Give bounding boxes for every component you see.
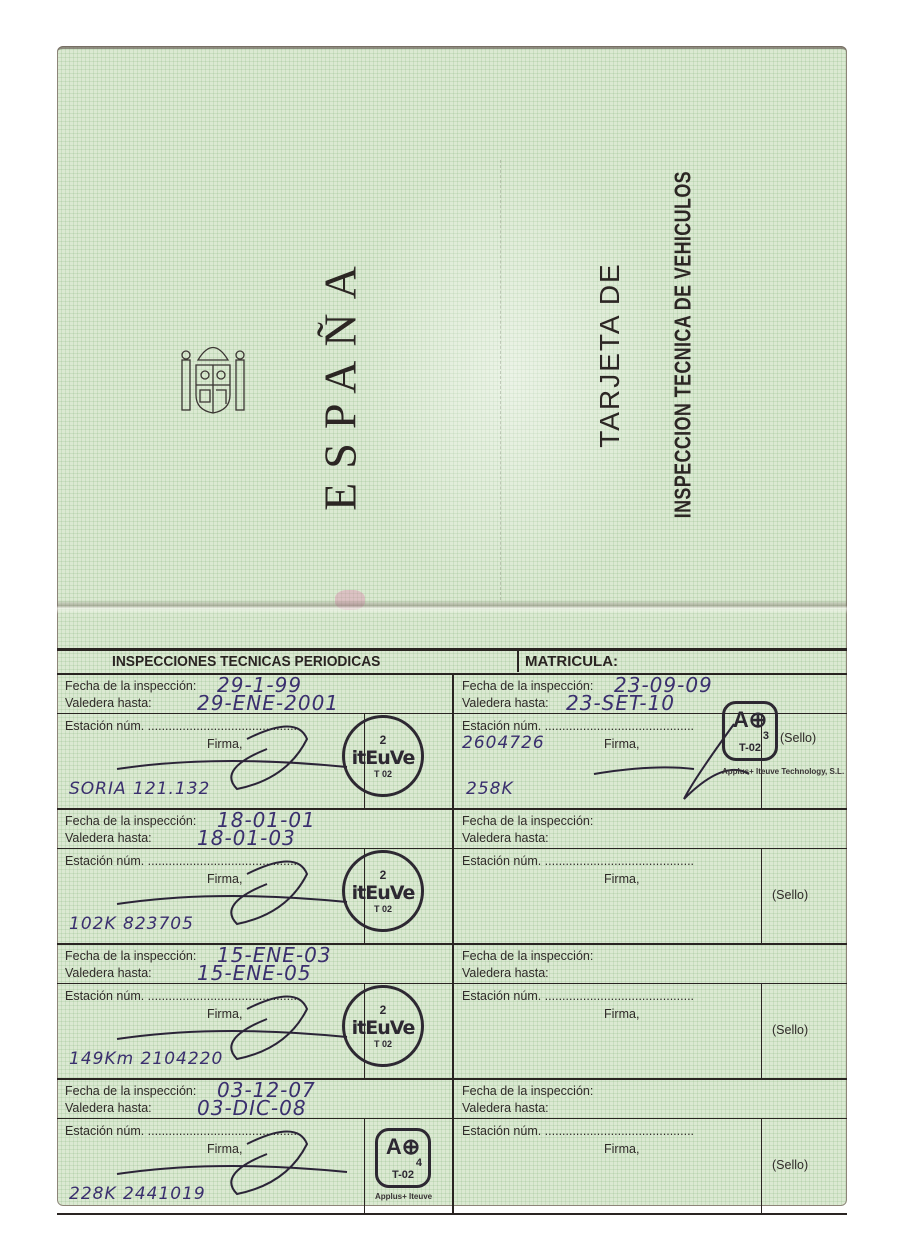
table-header: INSPECCIONES TECNICAS PERIODICAS MATRICU… <box>57 648 847 675</box>
mileage-note: SORIA 121.132 <box>69 779 210 799</box>
valid-until-label: Valedera hasta: <box>462 696 549 710</box>
applus-square-stamp: A⊕3T-02 <box>722 701 778 761</box>
stamp-label: (Sello) <box>772 1023 808 1037</box>
stamp-code: T-02 <box>392 1169 414 1181</box>
row-divider <box>454 848 847 849</box>
signature-label: Firma, <box>604 1142 639 1156</box>
valid-until-label: Valedera hasta: <box>65 831 152 845</box>
stamp-divider <box>364 1118 365 1213</box>
valid-until-label: Valedera hasta: <box>462 831 549 845</box>
stamp-number: 2 <box>380 868 387 882</box>
row-divider <box>454 983 847 984</box>
inspection-entry: Fecha de la inspección: Valedera hasta: … <box>57 810 454 943</box>
mileage-note: 149Km 2104220 <box>69 1049 223 1069</box>
inspection-entry: Fecha de la inspección: Valedera hasta: … <box>454 810 847 943</box>
inspection-entry: Fecha de la inspección: Valedera hasta: … <box>454 945 847 1078</box>
inspection-entry: Fecha de la inspección: Valedera hasta: … <box>454 675 847 808</box>
table-row: Fecha de la inspección: Valedera hasta: … <box>57 1080 847 1215</box>
table-row: Fecha de la inspección: Valedera hasta: … <box>57 675 847 810</box>
table-row: Fecha de la inspección: Valedera hasta: … <box>57 810 847 945</box>
mileage-note: 102K 823705 <box>69 914 194 934</box>
station-number-label: Estación núm. ..........................… <box>462 989 694 1003</box>
mileage-note: 228K 2441019 <box>69 1184 206 1204</box>
card-title-line2: INSPECCION TECNICA DE VEHICULOS <box>670 191 697 519</box>
station-number-label: Estación núm. ..........................… <box>65 989 297 1003</box>
valid-until-value: 23-SET-10 <box>566 691 675 715</box>
valid-until-value: 29-ENE-2001 <box>197 691 339 715</box>
valid-until-label: Valedera hasta: <box>462 966 549 980</box>
stamp-label: (Sello) <box>772 1158 808 1172</box>
station-number-label: Estación núm. ..........................… <box>462 719 694 733</box>
valid-until-value: 15-ENE-05 <box>197 961 312 985</box>
mileage-note: 258K <box>466 779 514 799</box>
inspection-entry: Fecha de la inspección: Valedera hasta: … <box>57 675 454 808</box>
stamp-label: (Sello) <box>780 731 816 745</box>
inspection-date-label: Fecha de la inspección: <box>462 1084 593 1098</box>
signature-label: Firma, <box>207 1007 242 1021</box>
card-title-line1: TARJETA DE <box>594 225 626 485</box>
stamp-code: T-02 <box>739 742 761 754</box>
stamp-footer: Applus+ Iteuve Technology, S.L. <box>722 767 844 776</box>
signature-label: Firma, <box>207 872 242 886</box>
valid-until-value: 03-DIC-08 <box>197 1096 307 1120</box>
card-fold <box>57 600 847 614</box>
itv-round-stamp: 2itEuVeT 02 <box>342 850 424 932</box>
inspection-date-label: Fecha de la inspección: <box>65 814 196 828</box>
inspection-date-label: Fecha de la inspección: <box>65 949 196 963</box>
plate-number-header: MATRICULA: <box>517 650 618 672</box>
valid-until-label: Valedera hasta: <box>65 1101 152 1115</box>
stamp-letter: A⊕ <box>733 709 767 731</box>
cover-divider <box>500 160 501 600</box>
signature-label: Firma, <box>207 1142 242 1156</box>
stamp-divider <box>761 1118 762 1213</box>
station-number-label: Estación núm. ..........................… <box>65 854 297 868</box>
stamp-label: (Sello) <box>772 888 808 902</box>
stamp-letter: A⊕ <box>386 1136 420 1158</box>
valid-until-label: Valedera hasta: <box>462 1101 549 1115</box>
signature-label: Firma, <box>604 872 639 886</box>
station-number-label: Estación núm. ..........................… <box>65 719 297 733</box>
stamp-code: T 02 <box>374 1039 392 1049</box>
inspection-date-label: Fecha de la inspección: <box>65 1084 196 1098</box>
itv-round-stamp: 2itEuVeT 02 <box>342 715 424 797</box>
itv-logo-icon: itEuVe <box>352 1017 415 1039</box>
itv-round-stamp: 2itEuVeT 02 <box>342 985 424 1067</box>
stamp-number: 3 <box>763 731 769 742</box>
signature-label: Firma, <box>207 737 242 751</box>
coat-of-arms-icon <box>178 330 248 425</box>
country-title: ESPAÑA <box>314 232 367 532</box>
stamp-code: T 02 <box>374 904 392 914</box>
card-top-edge <box>57 46 847 59</box>
stamp-divider <box>761 983 762 1078</box>
stamp-number: 2 <box>380 733 387 747</box>
periodic-inspections-header: INSPECCIONES TECNICAS PERIODICAS <box>112 653 380 670</box>
table-row: Fecha de la inspección: Valedera hasta: … <box>57 945 847 1080</box>
inspection-date-label: Fecha de la inspección: <box>462 949 593 963</box>
inspection-entry: Fecha de la inspección: Valedera hasta: … <box>57 945 454 1078</box>
stamp-code: T 02 <box>374 769 392 779</box>
stamp-footer: Applus+ Iteuve <box>375 1192 432 1201</box>
inspection-entry: Fecha de la inspección: Valedera hasta: … <box>454 1080 847 1213</box>
stamp-divider <box>761 848 762 943</box>
station-number-label: Estación núm. ..........................… <box>462 1124 694 1138</box>
row-divider <box>454 1118 847 1119</box>
stamp-number: 2 <box>380 1003 387 1017</box>
stamp-number: 4 <box>416 1158 422 1169</box>
itv-logo-icon: itEuVe <box>352 747 415 769</box>
station-number-label: Estación núm. ..........................… <box>462 854 694 868</box>
station-number-value: 2604726 <box>462 733 545 753</box>
valid-until-value: 18-01-03 <box>197 826 296 850</box>
station-number-label: Estación núm. ..........................… <box>65 1124 297 1138</box>
inspections-table: INSPECCIONES TECNICAS PERIODICAS MATRICU… <box>57 648 847 1215</box>
signature-label: Firma, <box>604 1007 639 1021</box>
inspection-date-label: Fecha de la inspección: <box>462 814 593 828</box>
itv-logo-icon: itEuVe <box>352 882 415 904</box>
inspection-entry: Fecha de la inspección: Valedera hasta: … <box>57 1080 454 1213</box>
applus-square-stamp: A⊕4T-02 <box>375 1128 431 1188</box>
valid-until-label: Valedera hasta: <box>65 966 152 980</box>
valid-until-label: Valedera hasta: <box>65 696 152 710</box>
signature-label: Firma, <box>604 737 639 751</box>
inspection-date-label: Fecha de la inspección: <box>65 679 196 693</box>
